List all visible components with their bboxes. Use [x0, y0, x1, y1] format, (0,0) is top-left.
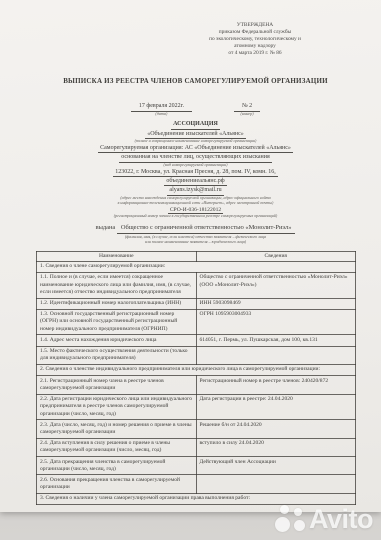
- row-value-cell: вступило в силу 24.04.2020: [196, 438, 356, 456]
- issued-captions: (фамилия, имя, (в случае, если имеется) …: [36, 235, 355, 245]
- table-row: 1.2. Идентификационный номер налогоплате…: [37, 298, 356, 309]
- issue-number: № 2 (номер): [234, 94, 260, 117]
- row-value-cell: [196, 475, 356, 493]
- organization-website: объединениеальянс.рф: [36, 177, 355, 186]
- row-value-cell: ИНН 5903098469: [196, 298, 356, 309]
- row-name-cell: 2.2. Дата регистрации юридического лица …: [37, 394, 197, 420]
- sro-registry-caption: (регистрационный номер записи в государс…: [36, 214, 355, 219]
- table-row: 2.4. Дата вступления в силу решения о пр…: [37, 438, 356, 456]
- row-value-cell: Действующий член Ассоциации: [196, 457, 356, 475]
- table-row: 2.6. Основания прекращения членства в са…: [37, 475, 356, 493]
- row-name-cell: 2.6. Основания прекращения членства в са…: [37, 475, 197, 493]
- row-value-cell: Общество с ограниченной ответственностью…: [196, 272, 356, 298]
- row-value-cell: [196, 346, 356, 364]
- issued-caption-line2: или полное наименование заявителя – юрид…: [36, 240, 355, 245]
- approval-line: от 4 марта 2019 г. № 86: [155, 50, 355, 57]
- approval-line: атомному надзору: [155, 43, 355, 50]
- row-value-cell: 614051, г. Пермь, ул. Пушкарская, дом 10…: [196, 335, 356, 346]
- table-section-row: 1. Сведения о члене саморегулируемой орг…: [37, 261, 356, 272]
- table-row: 1.3. Основной государственный регистраци…: [37, 309, 356, 335]
- table-row: 1.5. Место фактического осуществления де…: [37, 346, 356, 364]
- issue-number-caption: (номер): [234, 112, 260, 117]
- organization-type-line1: Саморегулируемая организация: АС «Объеди…: [36, 144, 355, 153]
- row-name-cell: 2.4. Дата вступления в силу решения о пр…: [37, 438, 197, 456]
- table-section-row: 2. Сведения о членстве индивидуального п…: [37, 364, 356, 375]
- row-name-cell: 2.3. Дата (число, месяц, год) и номер ре…: [37, 420, 197, 438]
- row-name-cell: 1.4. Адрес места нахождения юридического…: [37, 335, 197, 346]
- issued-recipient: Общество с ограниченной ответственностью…: [117, 224, 296, 233]
- row-name-cell: 2.5. Дата прекращения членства в саморег…: [37, 457, 197, 475]
- table-row: 2.3. Дата (число, месяц, год) и номер ре…: [37, 420, 356, 438]
- issued-line: выдана Общество с ограниченной ответстве…: [36, 224, 355, 233]
- issue-date: 17 февраля 2022г. (дата): [131, 94, 192, 117]
- table-row: 1.1. Полное и (в случае, если имеется) с…: [37, 272, 356, 298]
- section-title: 3. Сведения о наличии у члена саморегули…: [37, 493, 356, 504]
- table-section-row: 3. Сведения о наличии у члена саморегули…: [37, 493, 356, 504]
- organization-block: АССОЦИАЦИЯ «Объединение изыскателей «Аль…: [36, 120, 355, 219]
- column-header-name: Наименование: [37, 251, 197, 261]
- issued-prefix: выдана: [96, 224, 116, 231]
- issue-date-caption: (дата): [131, 112, 192, 117]
- organization-address: 123022, г. Москва, ул. Красная Пресня, д…: [36, 168, 355, 177]
- table-row: 2.1. Регистрационный номер члена в реест…: [37, 376, 356, 394]
- row-value-cell: ОГРН 1095903004933: [196, 309, 356, 335]
- approval-block: УТВЕРЖДЕНА приказом Федеральной службы п…: [155, 22, 355, 57]
- approval-line: УТВЕРЖДЕНА: [155, 22, 355, 29]
- row-name-cell: 1.1. Полное и (в случае, если имеется) с…: [37, 272, 197, 298]
- row-name-cell: 1.2. Идентификационный номер налогоплате…: [37, 298, 197, 309]
- date-number-row: 17 февраля 2022г. (дата) № 2 (номер): [36, 94, 355, 117]
- row-name-cell: 2.1. Регистрационный номер члена в реест…: [37, 376, 197, 394]
- row-name-cell: 1.5. Место фактического осуществления де…: [37, 346, 197, 364]
- registry-table: Наименование Сведения 1. Сведения о член…: [36, 251, 356, 505]
- row-value-cell: Регистрационный номер в реестре членов: …: [196, 376, 356, 394]
- table-row: 1.4. Адрес места нахождения юридического…: [37, 335, 356, 346]
- table-row: 2.2. Дата регистрации юридического лица …: [37, 394, 356, 420]
- row-value-cell: Дата регистрации в реестре: 24.04.2020: [196, 394, 356, 420]
- document-page: УТВЕРЖДЕНА приказом Федеральной службы п…: [0, 0, 381, 512]
- section-title: 1. Сведения о члене саморегулируемой орг…: [37, 261, 356, 272]
- table-header-row: Наименование Сведения: [37, 251, 356, 261]
- approval-line: приказом Федеральной службы: [155, 29, 355, 36]
- row-value-cell: Решение б/н от 24.04.2020: [196, 420, 356, 438]
- document-title: ВЫПИСКА ИЗ РЕЕСТРА ЧЛЕНОВ САМОРЕГУЛИРУЕМ…: [46, 77, 346, 86]
- column-header-value: Сведения: [196, 251, 356, 261]
- association-label: АССОЦИАЦИЯ: [36, 120, 355, 129]
- table-row: 2.5. Дата прекращения членства в саморег…: [37, 457, 356, 475]
- approval-line: по экологическому, технологическому и: [155, 36, 355, 43]
- row-name-cell: 1.3. Основной государственный регистраци…: [37, 309, 197, 335]
- section-title: 2. Сведения о членстве индивидуального п…: [37, 364, 356, 375]
